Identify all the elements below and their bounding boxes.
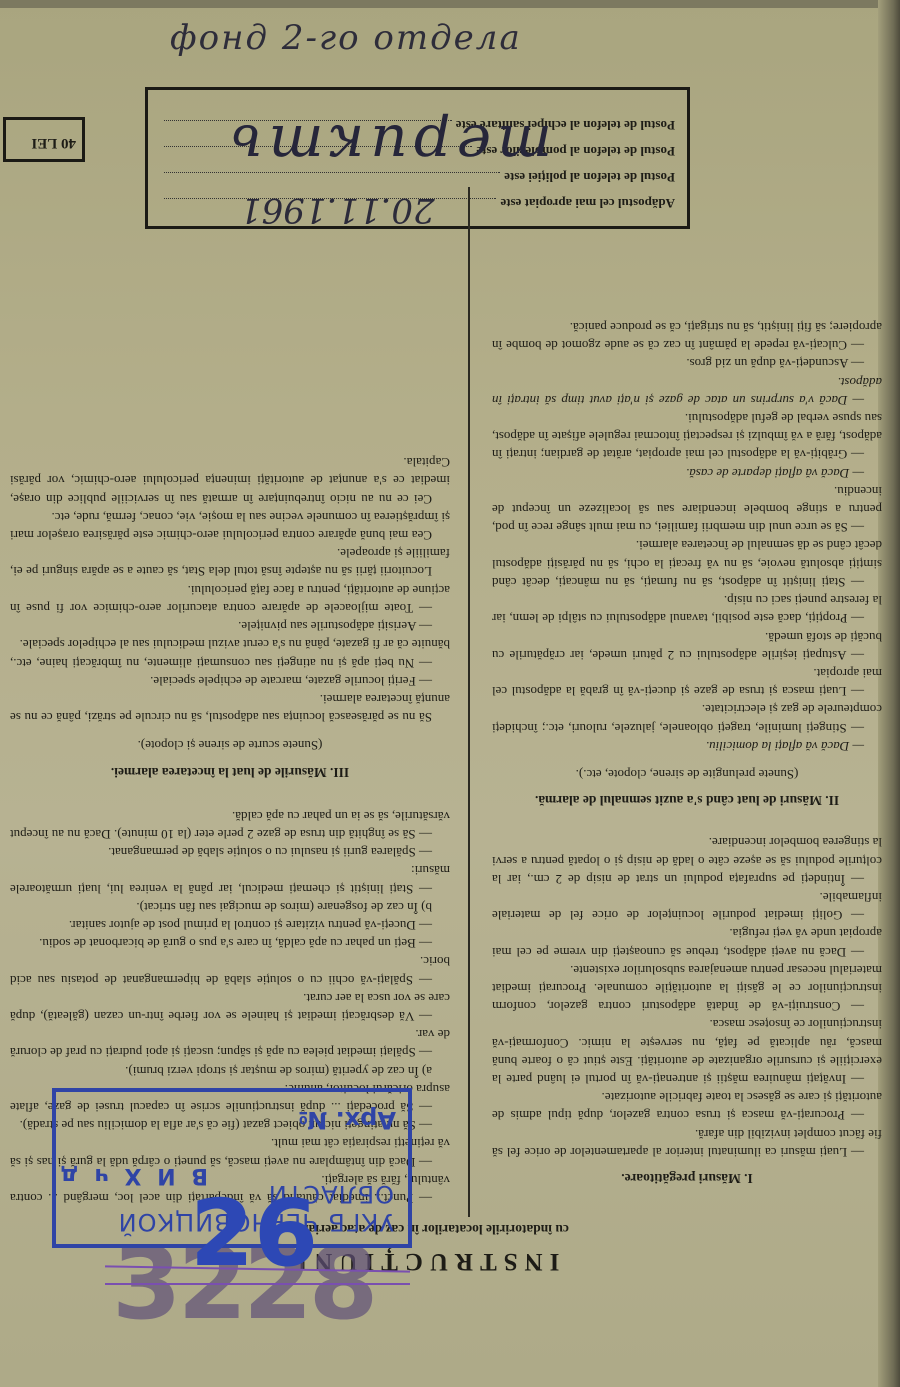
paragraph: — Spălați imediat pielea cu apă și săpun…	[10, 1025, 450, 1061]
paragraph: — Invățați mânuirea măștii și antrenați-…	[492, 1015, 882, 1088]
section-subheading: (Sunete scurte de sirene și clopote).	[10, 736, 450, 754]
paragraph: — Procurați-vă masca și trusa contra gaz…	[492, 1088, 882, 1124]
paragraph: — Beți un pahar cu apă caldă, în care s'…	[10, 934, 450, 952]
paragraph: — Luați măsuri ca iluminatul interior al…	[492, 1124, 882, 1160]
paragraph: — Stați liniștit și chemați medicul, iar…	[10, 861, 450, 897]
paragraph: — Dacă nu aveți adăpost, trebue să cunoa…	[492, 924, 882, 960]
paragraph: — Spălarea gurii și nasului cu o soluție…	[10, 843, 450, 861]
paragraph: — Goliți imediat podurile locuințelor de…	[492, 888, 882, 924]
section-heading: I. Măsuri pregătitoare.	[492, 1169, 882, 1187]
paragraph: Cei ce nu au niciο întrebuințare în arma…	[10, 453, 450, 508]
paragraph: — Grăbiți-vă la adăpostul cel mai apropi…	[492, 409, 882, 464]
stamp-archive-label: Арх. №	[298, 1106, 396, 1134]
stamp-initials: В И Х ч д	[56, 1163, 208, 1188]
paragraph: — Vă desbrăcați imediat și hainele se vo…	[10, 989, 450, 1025]
section-heading: II. Măsuri de luat când s'a auzit semnal…	[492, 791, 882, 809]
paragraph: — Spălați-vă ochii cu o soluție slabă de…	[10, 952, 450, 988]
paragraph: — Întindeți pe suprafața podului un stra…	[492, 833, 882, 888]
paragraph: — Nu beți apă și nu atingeți sau consuma…	[10, 635, 450, 671]
paragraph: — Culcați-vă repede la pământ în caz că …	[492, 318, 882, 354]
section-heading: III. Măsurile de luat la încetarea alarm…	[10, 762, 450, 780]
paragraph: — Să se urce unul din membrii familiei, …	[492, 482, 882, 537]
paragraph: — Dacă v'a surprins un atac de gaze și n…	[492, 372, 882, 408]
paragraph: — Aerisiți adăposturile sau pivnițele.	[10, 617, 450, 635]
paragraph: — Astupați ieșirile adăpostului cu 2 păt…	[492, 627, 882, 663]
paragraph: — Feriți locurile gazate, marcate de ech…	[10, 672, 450, 690]
paragraph: — Să se înghită din trusa de gaze 2 perl…	[10, 807, 450, 843]
price-box: 40 LEI	[3, 117, 85, 162]
column-left: I. Măsuri pregătitoare. — Luați măsuri c…	[492, 318, 882, 1197]
paragraph: Locuitorii țării să nu aștepte însă totu…	[10, 544, 450, 580]
paragraph: — Stingeți luminile, trageți obloanele, …	[492, 700, 882, 736]
paragraph: Să nu se părăsească locuința sau adăpost…	[10, 690, 450, 726]
handwritten-date: 20.11.1961	[240, 190, 435, 230]
paragraph: — Propțiți, dacă este posibil, tavanul a…	[492, 591, 882, 627]
paragraph: — Luați masca și trusa de gaze și duceți…	[492, 664, 882, 700]
paragraph: — Dacă vă aflați departe de casă.	[492, 463, 882, 481]
column-divider	[468, 187, 470, 1217]
paragraph: — Stați liniștit în adăpost, să nu fumaț…	[492, 536, 882, 591]
handwritten-box-note: терикть	[225, 112, 552, 180]
stamp-archive-number: 26	[190, 1180, 318, 1287]
paragraph: b) În caz de fosgenare (miros de mucigai…	[10, 898, 450, 916]
paragraph: — Construiți-vă de îndată adăposturi con…	[492, 961, 882, 1016]
section-subheading: (Sunete prelungite de sirene, clopote, e…	[492, 765, 882, 783]
paragraph: — Dacă vă aflați la domiciliu.	[492, 737, 882, 755]
paragraph: a) În caz de yperită (miros de muștar și…	[10, 1061, 450, 1079]
paragraph: Cea mai bună apărare contra pericolului …	[10, 508, 450, 544]
paragraph: — Toate mijloacele de apărare contra ata…	[10, 581, 450, 617]
paragraph: — Duceți-vă pentru vizitare și control l…	[10, 916, 450, 934]
paragraph: — Ascundeți-vă după un zid gros.	[492, 354, 882, 372]
handwritten-fond-note: фонд 2-го отдела	[170, 18, 522, 58]
